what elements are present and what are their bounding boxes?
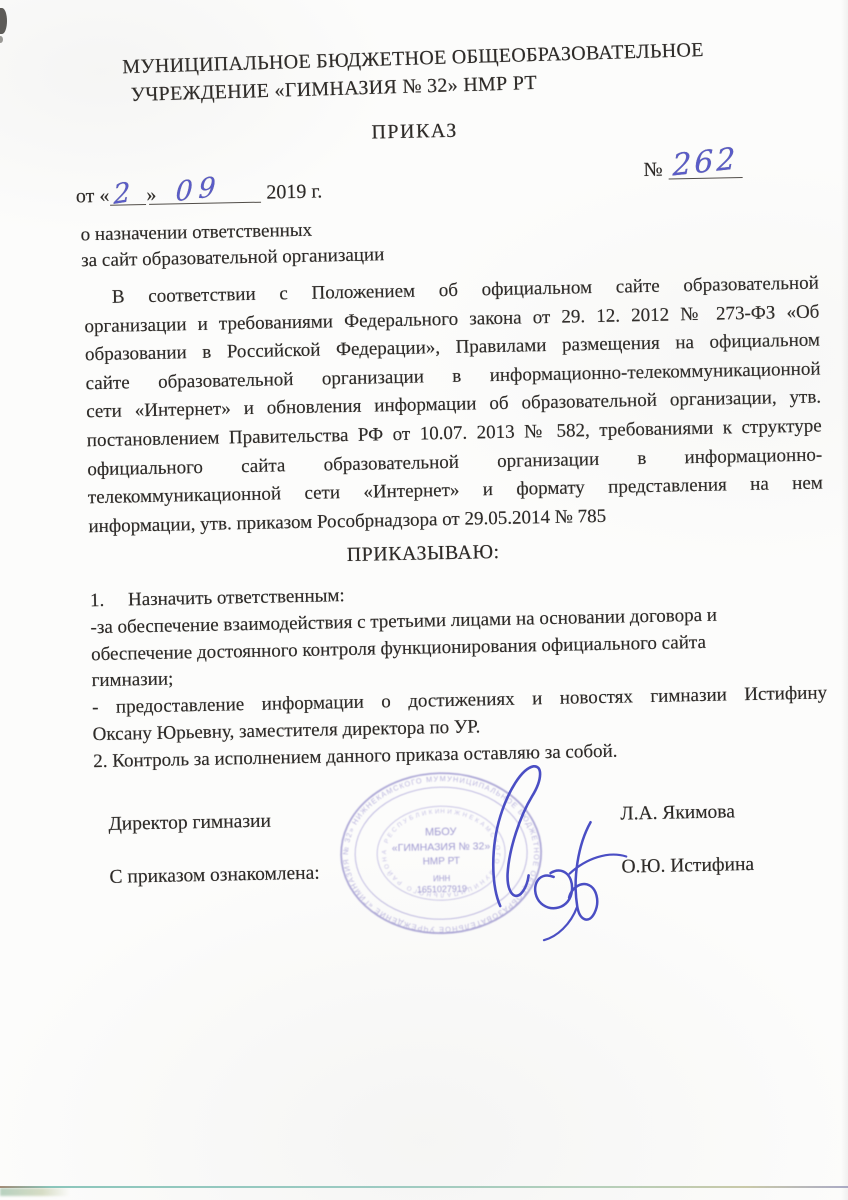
number-underline: 262 [668,153,742,179]
handwritten-day: 2 [112,173,147,210]
scan-bottom-line [0,1186,848,1188]
stamp-org-abbr: МБОУ [425,826,458,839]
date-month-underline: 09 [149,178,261,205]
stamp-org-name: «ГИМНАЗИЯ № 32» [392,840,491,854]
number-label: № [643,159,663,181]
date-prefix: от « [76,185,110,208]
subject-line2: за сайт образовательной организации [81,242,385,274]
scan-edge-shadow [841,0,848,1200]
resolution-lines: 1. Назначить ответственным:-за обеспечен… [90,573,829,775]
scanned-order-document: МУНИЦИПАЛЬНОЕ БЮДЖЕТНОЕ ОБЩЕОБРАЗОВАТЕЛЬ… [0,0,848,1200]
handwritten-month: 09 [175,168,246,207]
svg-text:262: 262 [671,141,738,183]
stamp-inn-label: ИНН [433,874,451,883]
date-line: от «2»09 2019 г. [76,176,323,208]
acknowledged-handwritten-signature [522,813,643,945]
svg-text:2: 2 [113,177,132,211]
preamble-paragraph: В соответствии с Положением об официальн… [84,270,824,542]
order-number-line: №262 [643,153,743,182]
stamp-org-region: НМР РТ [423,856,461,868]
scan-bottom-smudge [0,1188,70,1196]
svg-text:09: 09 [175,171,223,208]
order-subject: о назначении ответственных за сайт образ… [80,216,384,273]
document-content: МУНИЦИПАЛЬНОЕ БЮДЖЕТНОЕ ОБЩЕОБРАЗОВАТЕЛЬ… [0,0,848,1200]
director-label: Директор гимназии [108,811,271,836]
stamp-inn-value: 1651027919 [417,884,467,895]
acknowledgement-label: С приказом ознакомлена: [109,863,320,889]
handwritten-number: 262 [666,141,747,183]
date-year: 2019 г. [266,180,322,203]
org-name-header: МУНИЦИПАЛЬНОЕ БЮДЖЕТНОЕ ОБЩЕОБРАЗОВАТЕЛЬ… [0,35,838,111]
date-day-underline: 2 [110,180,146,206]
